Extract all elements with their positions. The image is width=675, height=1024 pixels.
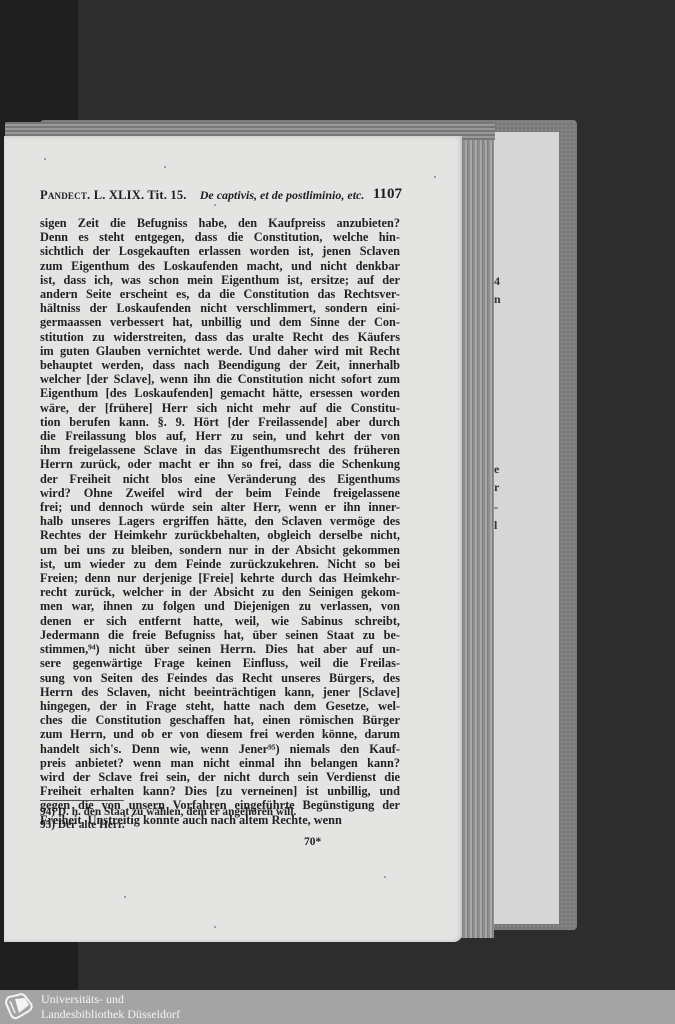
footnote-divider xyxy=(40,800,124,801)
text-line: der Freiheit nicht blos eine Veränderung… xyxy=(40,472,400,486)
book-logo-icon[interactable] xyxy=(3,993,35,1021)
text-line: recht zurück, welcher in der Absicht zu … xyxy=(40,585,400,599)
text-line: behauptet werden, dass nach Beendigung d… xyxy=(40,358,400,372)
footnote-94: 94) D. h. den Staat zu wählen, dem er an… xyxy=(40,806,400,819)
page-block-edge xyxy=(458,138,494,938)
text-line: welcher [der Sclave], wenn ihn die Const… xyxy=(40,372,400,386)
text-line: zum Herrn, und ob er von diesem frei wer… xyxy=(40,727,400,741)
footnote-95: 95) Der alte Herr. xyxy=(40,819,400,832)
text-line: im guten Glauben vernichtet werde. Und d… xyxy=(40,344,400,358)
text-line: wird? Ohne Zweifel wird der beim Feinde … xyxy=(40,486,400,500)
page-number: 1107 xyxy=(373,186,402,203)
text-line: hältniss der Loskaufenden nicht verschli… xyxy=(40,301,400,315)
text-line: Rechtes der Heimkehr zurückbehalten, obg… xyxy=(40,528,400,542)
text-line: tion berufen kann. §. 9. Hört [der Freil… xyxy=(40,415,400,429)
text-line: wird der Sclave frei sein, der nicht dur… xyxy=(40,770,400,784)
text-line: sung von Seiten des Feindes das Recht un… xyxy=(40,671,400,685)
text-line: stitution zu widerstreiten, dass das ura… xyxy=(40,330,400,344)
text-line: germaassen verbessert hat, unbillig und … xyxy=(40,315,400,329)
footer-bar: Universitäts- und Landesbibliothek Düsse… xyxy=(0,990,675,1024)
running-head-section: Pandect. L. XLIX. Tit. 15. xyxy=(40,188,187,202)
library-name[interactable]: Universitäts- und Landesbibliothek Düsse… xyxy=(41,992,180,1022)
text-line: denen er sich entfernt hatte, weil, wie … xyxy=(40,614,400,628)
text-line: sichtlich der Losgekauften erlassen word… xyxy=(40,244,400,258)
body-text: sigen Zeit die Befugniss habe, den Kaufp… xyxy=(40,216,400,827)
text-line: wäre, der [frühere] Herr sich nicht mehr… xyxy=(40,401,400,415)
text-line: Eigenthum [des Loskaufenden] gemacht hät… xyxy=(40,386,400,400)
text-line: handelt sich's. Denn wie, wenn Jener⁹⁵) … xyxy=(40,742,400,756)
text-line: Freiheit erhalten kann? Dies [zu vernein… xyxy=(40,784,400,798)
text-line: andern Seite erscheint es, da die Consti… xyxy=(40,287,400,301)
text-line: ihm freigelassene Sclave in das Eigenthu… xyxy=(40,443,400,457)
text-line: sigen Zeit die Befugniss habe, den Kaufp… xyxy=(40,216,400,230)
text-line: men war, ihnen zu folgen und Diejenigen … xyxy=(40,599,400,613)
signature-mark: 70* xyxy=(304,836,321,848)
text-line: um bei uns zu bleiben, sondern nur in de… xyxy=(40,543,400,557)
text-line: Herrn des Sclaven, nicht beeinträchtigen… xyxy=(40,685,400,699)
running-head-title: De captivis, et de postliminio, etc. xyxy=(200,188,365,202)
text-line: hingegen, der in Frage steht, hatte nach… xyxy=(40,699,400,713)
text-line: Freien; denn nur derjenige [Freie] kehrt… xyxy=(40,571,400,585)
text-line: die Freilassung blos auf, Herr zu sein, … xyxy=(40,429,400,443)
text-line: zum Eigenthum des Loskaufenden macht, un… xyxy=(40,259,400,273)
running-head: Pandect. L. XLIX. Tit. 15. De captivis, … xyxy=(40,188,402,203)
text-line: preis anbietet? wenn man nicht einmal ih… xyxy=(40,756,400,770)
text-line: frei; und dennoch würde sein alter Herr,… xyxy=(40,500,400,514)
text-line: Herrn zurück, oder macht er ihn so frei,… xyxy=(40,457,400,471)
text-line: Jedermann die freie Befugniss hat, über … xyxy=(40,628,400,642)
text-line: stimmen,⁹⁴) nicht über seinen Herrn. Die… xyxy=(40,642,400,656)
text-line: ist, um wieder zu dem Feinde zurückzukeh… xyxy=(40,557,400,571)
text-line: Denn es steht entgegen, dass die Constit… xyxy=(40,230,400,244)
text-line: halb unseres Lagers ergriffen hätte, den… xyxy=(40,514,400,528)
text-line: ches die Constitution geschaffen hat, ei… xyxy=(40,713,400,727)
book-page: Pandect. L. XLIX. Tit. 15. De captivis, … xyxy=(4,136,462,942)
text-line: ist, dass ich, was schon mein Eigenthum … xyxy=(40,273,400,287)
text-line: sere gegenwärtige Frage keinen Einfluss,… xyxy=(40,656,400,670)
footnotes: 94) D. h. den Staat zu wählen, dem er an… xyxy=(40,806,400,831)
